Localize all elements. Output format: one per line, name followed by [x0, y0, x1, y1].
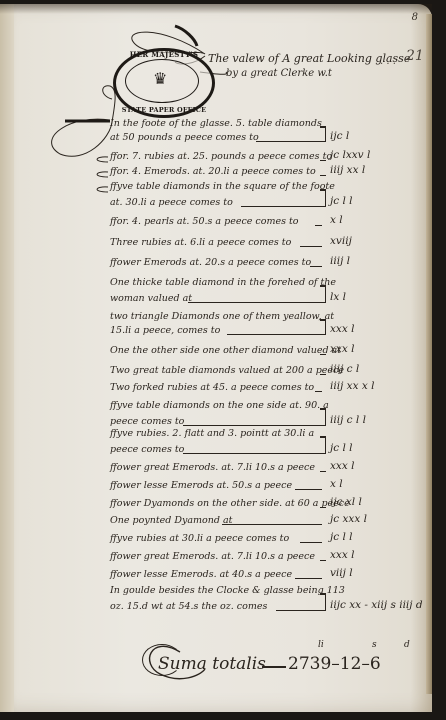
entry-bracket: [320, 593, 326, 611]
entry-bracket: [320, 408, 326, 426]
entry-value: xxx l: [330, 460, 354, 472]
folio-number: 8: [412, 12, 418, 23]
entry-text: peece comes to: [110, 444, 184, 456]
leader-line: [227, 334, 322, 335]
entry-value: x l: [330, 478, 343, 490]
total-leader-line: [262, 666, 286, 668]
leader-line: [183, 425, 322, 426]
entry-bracket: [320, 319, 326, 335]
leader-line: [188, 302, 323, 303]
leader-line: [320, 507, 326, 508]
entry-value: jc lxxv l: [330, 149, 370, 161]
unit-pence: d: [404, 640, 410, 650]
leader-line: [315, 225, 322, 226]
state-paper-office-stamp: HER MAJESTY'S ♛ STATE PAPER OFFICE: [113, 48, 215, 118]
entry-text: ffor. 4. pearls at. 50.s a peece comes t…: [110, 216, 299, 228]
entry-value: xxx l: [330, 343, 354, 355]
leader-line: [320, 160, 326, 161]
entry-text: ffower lesse Emerods at. 50.s a peece: [110, 480, 292, 492]
entry-text: peece comes to: [110, 416, 184, 428]
leader-line: [310, 266, 322, 267]
entry-value: iiij l: [330, 255, 350, 267]
leader-line: [315, 391, 322, 392]
entry-value: jc xxx l: [330, 513, 367, 525]
unit-shillings: s: [372, 640, 377, 650]
leader-line: [320, 354, 326, 355]
entry-text: ffyve rubies at 30.li a peece comes to: [110, 533, 289, 545]
total-pounds: 2739: [288, 654, 331, 674]
page-subtitle: by a great Clerke w.t: [226, 68, 332, 79]
entry-text: In the foote of the glasse. 5. table dia…: [110, 118, 322, 130]
entry-value: jc l l: [330, 531, 353, 543]
entry-text: ffower Emerods at. 20.s a peece comes to: [110, 257, 311, 269]
entry-text: Two forked rubies at 45. a peece comes t…: [110, 382, 314, 394]
leader-line: [320, 560, 326, 561]
page-reference-number: 21: [406, 48, 424, 64]
entry-text: ffower great Emerods. at. 7.li 10.s a pe…: [110, 551, 315, 563]
manuscript-page: 8 The valew of A great Looking glasse by…: [0, 4, 432, 712]
leader-line: [320, 374, 326, 375]
leader-line: [320, 471, 326, 472]
entry-text: 15.li a peece, comes to: [110, 325, 220, 337]
leader-line: [300, 246, 322, 247]
entry-text: Two great table diamonds valued at 200 a…: [110, 365, 344, 377]
entry-text: two triangle Diamonds one of them yeallo…: [110, 311, 334, 323]
entry-text: ffor. 4. Emerods. at. 20.li a peece come…: [110, 166, 316, 178]
entry-bracket: [320, 126, 326, 142]
entry-text: ffower lesse Emerods. at 40.s a peece: [110, 569, 292, 581]
entry-text: ffor. 7. rubies at. 25. pounds a peece c…: [110, 151, 332, 163]
leader-line: [300, 542, 322, 543]
entry-value: jc l l: [330, 442, 353, 454]
stamp-bottom-text: STATE PAPER OFFICE: [116, 106, 212, 114]
entry-value: xxx l: [330, 549, 354, 561]
entry-text: Three rubies at. 6.li a peece comes to: [110, 237, 291, 249]
entry-value: jc l l: [330, 195, 353, 207]
entry-text: ffower Dyamonds on the other side. at 60…: [110, 498, 350, 510]
entry-value: iiij xx x l: [330, 380, 374, 392]
leader-line: [295, 578, 322, 579]
entry-value: iiij c l l: [330, 414, 366, 426]
entry-value: lx l: [330, 291, 346, 303]
total-shillings: 12: [340, 654, 362, 674]
entry-text: One the other side one other diamond val…: [110, 345, 341, 357]
entry-value: iiij xx l: [330, 164, 365, 176]
entry-text: oz. 15.d wt at 54.s the oz. comes: [110, 601, 267, 613]
total-pence: 6: [370, 654, 381, 674]
entry-bracket: [320, 285, 326, 303]
entry-value: x l: [330, 214, 343, 226]
entry-bracket: [320, 189, 326, 207]
entry-bracket: [320, 436, 326, 454]
total-amount: 2739–12–6: [288, 654, 381, 674]
entry-value: ijc l: [330, 130, 349, 142]
entry-text: ffyve rubies. 2. flatt and 3. pointt at …: [110, 428, 314, 440]
total-label: Suma totalis: [158, 654, 266, 674]
entry-text: One poynted Dyamond at: [110, 515, 232, 527]
entry-text: ffower great Emerods. at. 7.li 10.s a pe…: [110, 462, 315, 474]
leader-line: [320, 175, 326, 176]
leader-line: [256, 141, 322, 142]
unit-pounds: li: [318, 640, 324, 650]
entry-text: ffyve table diamonds on the one side at.…: [110, 400, 329, 412]
entry-value: iijc xx - xiij s iiij d: [330, 599, 423, 611]
entry-value: viij l: [330, 567, 353, 579]
entry-value: ijc xl l: [330, 496, 362, 508]
entry-text: at. 30.li a peece comes to: [110, 197, 233, 209]
entry-value: iiij c l: [330, 363, 359, 375]
entry-text: at 50 pounds a peece comes to: [110, 132, 259, 144]
leader-line: [241, 206, 322, 207]
entry-value: xviij: [330, 235, 352, 247]
stamp-top-text: HER MAJESTY'S: [116, 50, 212, 59]
entry-text: One thicke table diamond in the forehed …: [110, 277, 336, 289]
entry-text: ffyve table diamonds in the square of th…: [110, 181, 335, 193]
entry-text: In goulde besides the Clocke & glasse be…: [110, 585, 345, 597]
leader-line: [276, 610, 322, 611]
crown-icon: ♛: [153, 69, 167, 88]
leader-line: [295, 489, 322, 490]
entry-value: xxx l: [330, 323, 354, 335]
leader-line: [222, 524, 322, 525]
title-dots: . . .: [380, 56, 396, 67]
entry-text: woman valued at: [110, 293, 192, 305]
leader-line: [183, 453, 322, 454]
